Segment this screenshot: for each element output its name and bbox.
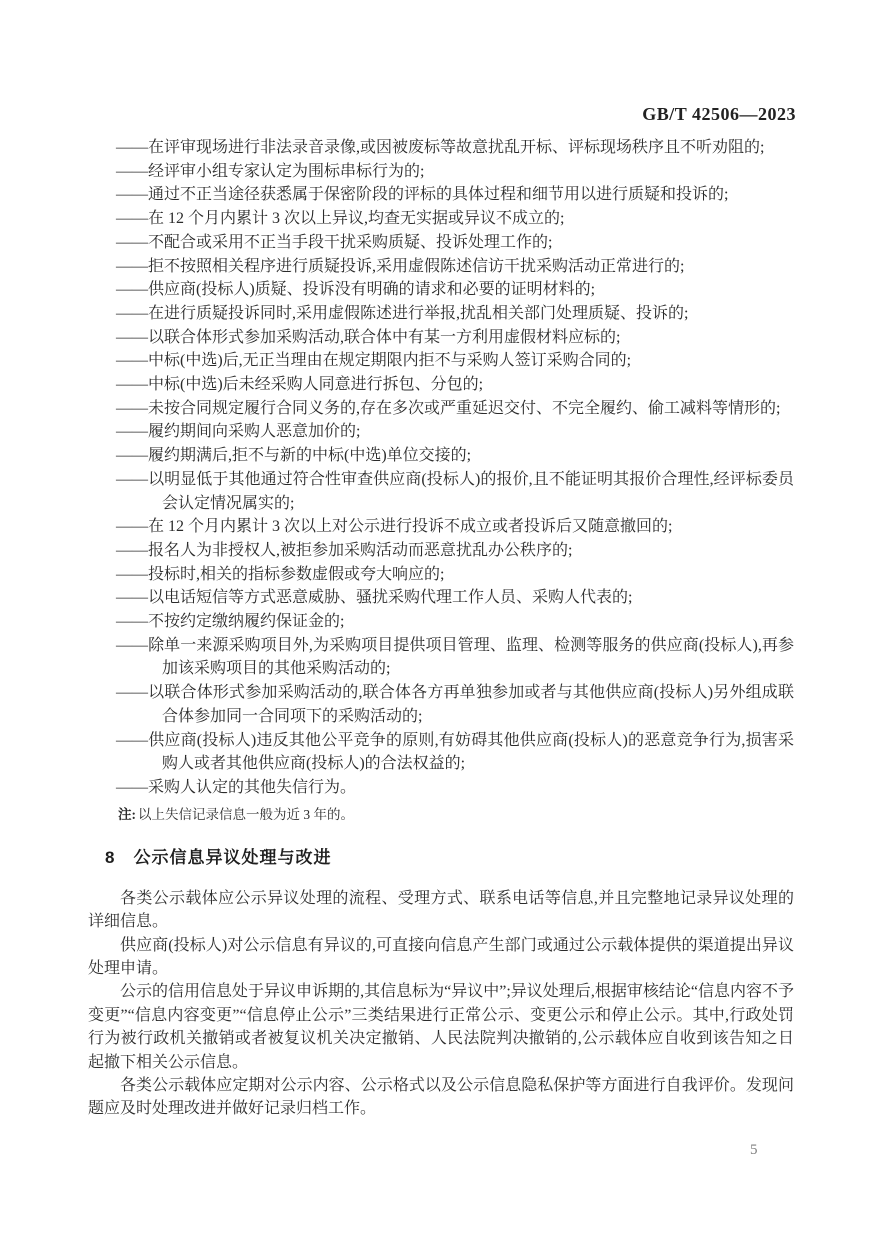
list-item: ——不配合或采用不正当手段干扰采购质疑、投诉处理工作的;: [88, 231, 794, 255]
list-item-text: 在 12 个月内累计 3 次以上对公示进行投诉不成立或者投诉后又随意撤回的;: [148, 518, 672, 535]
list-item: ——供应商(投标人)违反其他公平竞争的原则,有妨碍其他供应商(投标人)的恶意竞争…: [88, 729, 794, 776]
document-page: GB/T 42506—2023 ——在评审现场进行非法录音录像,或因被废标等故意…: [0, 0, 880, 1242]
standard-number-header: GB/T 42506—2023: [88, 104, 796, 125]
dash-marker: ——: [116, 732, 148, 749]
list-item: ——履约期满后,拒不与新的中标(中选)单位交接的;: [88, 444, 794, 468]
list-item: ——投标时,相关的指标参数虚假或夸大响应的;: [88, 563, 794, 587]
paragraph: 各类公示载体应公示异议处理的流程、受理方式、联系电话等信息,并且完整地记录异议处…: [88, 887, 794, 934]
dash-marker: ——: [116, 613, 148, 630]
dash-marker: ——: [116, 163, 148, 180]
list-item-text: 以联合体形式参加采购活动,联合体中有某一方利用虚假材料应标的;: [148, 329, 620, 346]
list-item: ——以明显低于其他通过符合性审查供应商(投标人)的报价,且不能证明其报价合理性,…: [88, 468, 794, 515]
list-item-text: 供应商(投标人)质疑、投诉没有明确的请求和必要的证明材料的;: [148, 281, 595, 298]
list-item: ——供应商(投标人)质疑、投诉没有明确的请求和必要的证明材料的;: [88, 278, 794, 302]
list-item-text: 供应商(投标人)违反其他公平竞争的原则,有妨碍其他供应商(投标人)的恶意竞争行为…: [148, 732, 794, 773]
list-item: ——在进行质疑投诉同时,采用虚假陈述进行举报,扰乱相关部门处理质疑、投诉的;: [88, 302, 794, 326]
list-item-text: 以电话短信等方式恶意威胁、骚扰采购代理工作人员、采购人代表的;: [148, 589, 632, 606]
note-label: 注:: [118, 807, 136, 822]
dash-marker: ——: [116, 329, 148, 346]
dash-marker: ——: [116, 518, 148, 535]
paragraph: 公示的信用信息处于异议申诉期的,其信息标为“异议中”;异议处理后,根据审核结论“…: [88, 980, 794, 1074]
note-line: 注:以上失信记录信息一般为近 3 年的。: [88, 805, 794, 825]
dash-marker: ——: [116, 637, 148, 654]
dash-marker: ——: [116, 210, 148, 227]
list-item: ——以联合体形式参加采购活动,联合体中有某一方利用虚假材料应标的;: [88, 326, 794, 350]
list-item-text: 报名人为非授权人,被拒参加采购活动而恶意扰乱办公秩序的;: [148, 542, 572, 559]
dash-marker: ——: [116, 258, 148, 275]
section-heading: 8公示信息异议处理与改进: [88, 846, 794, 870]
list-item: ——不按约定缴纳履约保证金的;: [88, 610, 794, 634]
list-item-text: 不按约定缴纳履约保证金的;: [148, 613, 344, 630]
dash-marker: ——: [116, 542, 148, 559]
list-item-text: 拒不按照相关程序进行质疑投诉,采用虚假陈述信访干扰采购活动正常进行的;: [148, 258, 684, 275]
list-item: ——经评审小组专家认定为围标串标行为的;: [88, 160, 794, 184]
dash-marker: ——: [116, 186, 148, 203]
page-content: ——在评审现场进行非法录音录像,或因被废标等故意扰乱开标、评标现场秩序且不听劝阻…: [88, 136, 794, 1121]
list-item: ——履约期间向采购人恶意加价的;: [88, 420, 794, 444]
list-item-text: 投标时,相关的指标参数虚假或夸大响应的;: [148, 566, 444, 583]
list-item-text: 经评审小组专家认定为围标串标行为的;: [148, 163, 424, 180]
dash-marker: ——: [116, 234, 148, 251]
list-item-text: 以明显低于其他通过符合性审查供应商(投标人)的报价,且不能证明其报价合理性,经评…: [148, 471, 794, 512]
note-text: 以上失信记录信息一般为近 3 年的。: [138, 807, 354, 822]
list-item: ——拒不按照相关程序进行质疑投诉,采用虚假陈述信访干扰采购活动正常进行的;: [88, 255, 794, 279]
list-item: ——以电话短信等方式恶意威胁、骚扰采购代理工作人员、采购人代表的;: [88, 586, 794, 610]
list-item-text: 采购人认定的其他失信行为。: [148, 779, 356, 796]
list-item-text: 中标(中选)后,无正当理由在规定期限内拒不与采购人签订采购合同的;: [148, 352, 631, 369]
dash-marker: ——: [116, 352, 148, 369]
list-item: ——未按合同规定履行合同义务的,存在多次或严重延迟交付、不完全履约、偷工减料等情…: [88, 397, 794, 421]
list-item-text: 不配合或采用不正当手段干扰采购质疑、投诉处理工作的;: [148, 234, 552, 251]
body-paragraphs: 各类公示载体应公示异议处理的流程、受理方式、联系电话等信息,并且完整地记录异议处…: [88, 887, 794, 1121]
list-item: ——采购人认定的其他失信行为。: [88, 776, 794, 800]
list-item: ——通过不正当途径获悉属于保密阶段的评标的具体过程和细节用以进行质疑和投诉的;: [88, 183, 794, 207]
dash-marker: ——: [116, 779, 148, 796]
dash-marker: ——: [116, 400, 148, 417]
list-item-text: 履约期满后,拒不与新的中标(中选)单位交接的;: [148, 447, 471, 464]
list-item-text: 在进行质疑投诉同时,采用虚假陈述进行举报,扰乱相关部门处理质疑、投诉的;: [148, 305, 688, 322]
paragraph: 各类公示载体应定期对公示内容、公示格式以及公示信息隐私保护等方面进行自我评价。发…: [88, 1074, 794, 1121]
dash-marker: ——: [116, 423, 148, 440]
dash-marker: ——: [116, 305, 148, 322]
list-item: ——在评审现场进行非法录音录像,或因被废标等故意扰乱开标、评标现场秩序且不听劝阻…: [88, 136, 794, 160]
paragraph: 供应商(投标人)对公示信息有异议的,可直接向信息产生部门或通过公示载体提供的渠道…: [88, 934, 794, 981]
list-item-text: 通过不正当途径获悉属于保密阶段的评标的具体过程和细节用以进行质疑和投诉的;: [148, 186, 728, 203]
list-item: ——以联合体形式参加采购活动的,联合体各方再单独参加或者与其他供应商(投标人)另…: [88, 681, 794, 728]
list-item-text: 未按合同规定履行合同义务的,存在多次或严重延迟交付、不完全履约、偷工减料等情形的…: [148, 400, 780, 417]
misconduct-list: ——在评审现场进行非法录音录像,或因被废标等故意扰乱开标、评标现场秩序且不听劝阻…: [88, 136, 794, 800]
dash-marker: ——: [116, 376, 148, 393]
list-item: ——中标(中选)后未经采购人同意进行拆包、分包的;: [88, 373, 794, 397]
list-item-text: 中标(中选)后未经采购人同意进行拆包、分包的;: [148, 376, 483, 393]
list-item-text: 除单一来源采购项目外,为采购项目提供项目管理、监理、检测等服务的供应商(投标人)…: [148, 637, 794, 678]
list-item-text: 以联合体形式参加采购活动的,联合体各方再单独参加或者与其他供应商(投标人)另外组…: [148, 684, 794, 725]
dash-marker: ——: [116, 471, 148, 488]
dash-marker: ——: [116, 684, 148, 701]
section-number: 8: [105, 848, 114, 867]
list-item-text: 在 12 个月内累计 3 次以上异议,均查无实据或异议不成立的;: [148, 210, 564, 227]
list-item: ——除单一来源采购项目外,为采购项目提供项目管理、监理、检测等服务的供应商(投标…: [88, 634, 794, 681]
list-item: ——报名人为非授权人,被拒参加采购活动而恶意扰乱办公秩序的;: [88, 539, 794, 563]
dash-marker: ——: [116, 589, 148, 606]
list-item-text: 履约期间向采购人恶意加价的;: [148, 423, 360, 440]
list-item: ——在 12 个月内累计 3 次以上对公示进行投诉不成立或者投诉后又随意撤回的;: [88, 515, 794, 539]
page-number: 5: [750, 1142, 758, 1159]
list-item: ——中标(中选)后,无正当理由在规定期限内拒不与采购人签订采购合同的;: [88, 349, 794, 373]
list-item: ——在 12 个月内累计 3 次以上异议,均查无实据或异议不成立的;: [88, 207, 794, 231]
dash-marker: ——: [116, 281, 148, 298]
list-item-text: 在评审现场进行非法录音录像,或因被废标等故意扰乱开标、评标现场秩序且不听劝阻的;: [148, 139, 764, 156]
dash-marker: ——: [116, 566, 148, 583]
dash-marker: ——: [116, 139, 148, 156]
dash-marker: ——: [116, 447, 148, 464]
section-title: 公示信息异议处理与改进: [133, 848, 331, 867]
